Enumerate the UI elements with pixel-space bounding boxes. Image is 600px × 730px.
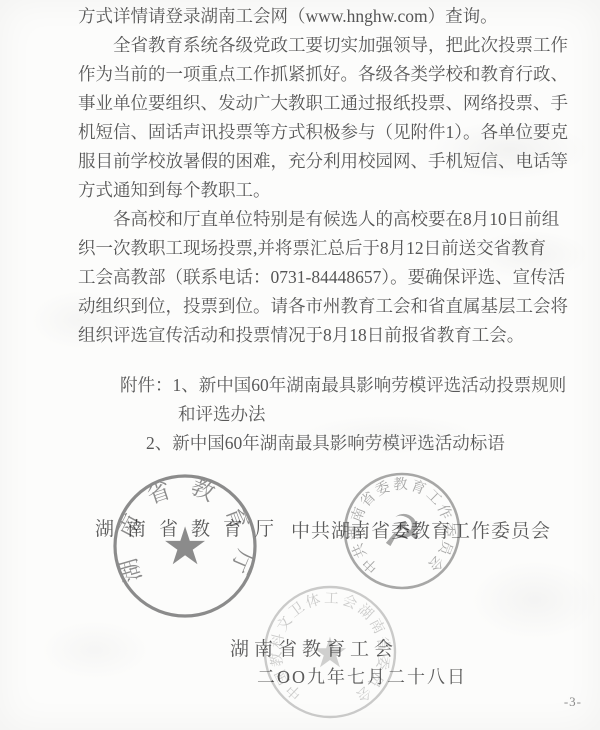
signature-education-trade-union: 湖南省教育工会 (230, 634, 398, 661)
document-body: 方式详情请登录湖南工会网（www.hnghw.com）查询。 全省教育系统各级党… (78, 2, 568, 350)
body-line: 方式通知到每个教职工。 (78, 176, 568, 205)
attachment-line: 和评选办法 (78, 400, 568, 429)
attachment-line: 2、新中国60年湖南最具影响劳模评选活动标语 (78, 429, 568, 458)
body-line: 事业单位要组织、发动广大教职工通过报纸投票、网络投票、手 (78, 89, 568, 118)
attachment-line: 附件：1、新中国60年湖南最具影响劳模评选活动投票规则 (78, 371, 568, 400)
page-number: -3- (564, 694, 582, 710)
scan-noise (470, 560, 600, 640)
body-line: 工会高教部（联系电话：0731-84448657）。要确保评选、宣传活 (78, 263, 568, 292)
body-line: 全省教育系统各级党政工要切实加强领导，把此次投票工作 (78, 31, 568, 60)
signature-education-department: 湖南省教育厅 (95, 514, 287, 541)
body-line: 机短信、固话声讯投票等方式积极参与（见附件1）。各单位要克 (78, 118, 568, 147)
seal-ring (115, 476, 255, 616)
body-line: 组织评选宣传活动和投票情况于8月18日前报省教育工会。 (78, 321, 568, 350)
body-line: 服目前学校放暑假的困难，充分利用校园网、手机短信、电话等 (78, 147, 568, 176)
scan-noise (40, 620, 150, 680)
body-line: 动组织到位，投票到位。请各市州教育工会和省直属基层工会将 (78, 292, 568, 321)
signature-cpc-education-work-committee: 中共湖南省委教育工作委员会 (291, 516, 551, 543)
attachments-block: 附件：1、新中国60年湖南最具影响劳模评选活动投票规则 和评选办法 2、新中国6… (78, 371, 568, 458)
seal-education-department: 湖南省教育厅 ★ (111, 473, 258, 616)
scanned-document-page: 方式详情请登录湖南工会网（www.hnghw.com）查询。 全省教育系统各级党… (0, 0, 600, 730)
body-line: 作为当前的一项重点工作抓紧抓好。各级各类学校和教育行政、 (78, 60, 568, 89)
body-line: 方式详情请登录湖南工会网（www.hnghw.com）查询。 (78, 2, 568, 31)
body-line: 各高校和厅直单位特别是有候选人的高校要在8月10日前组 (78, 205, 568, 234)
body-line: 织一次教职工现场投票,并将票汇总后于8月12日前送交省教育 (78, 234, 568, 263)
signature-date: 二OO九年七月二十八日 (257, 663, 467, 689)
